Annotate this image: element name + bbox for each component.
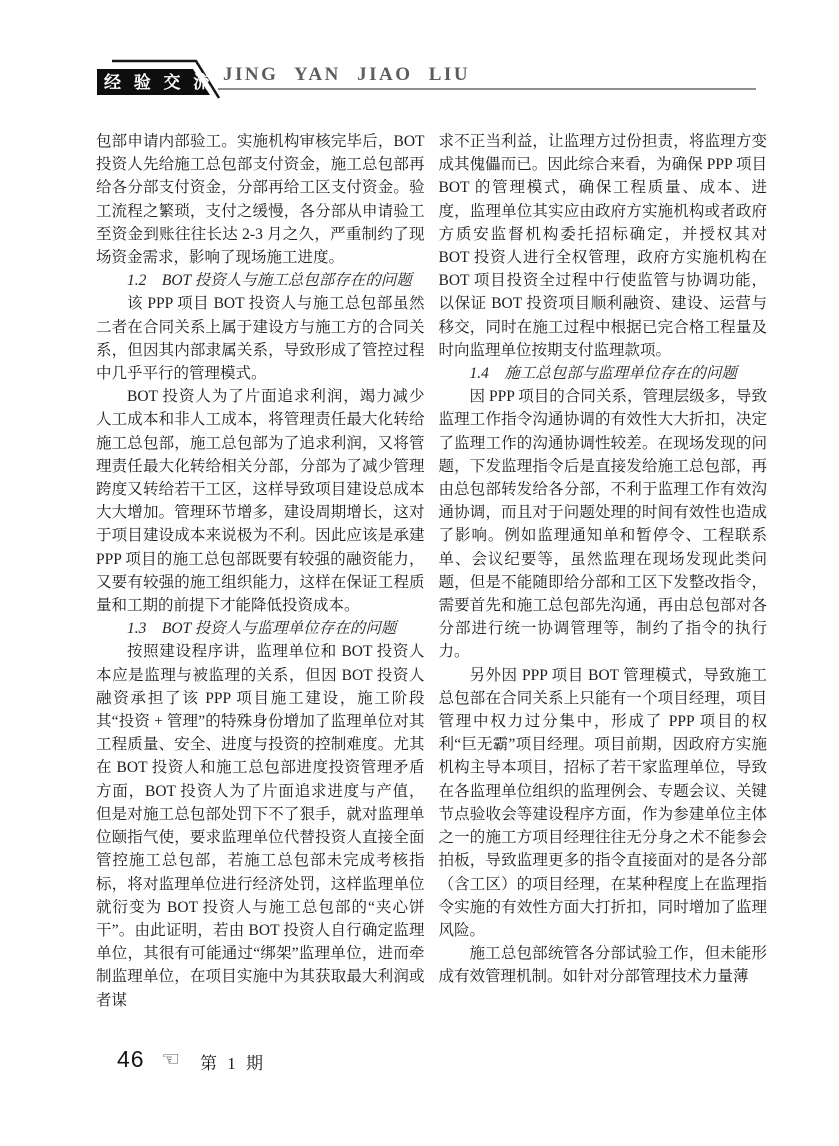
- issue-label: 第 1 期: [200, 1049, 266, 1074]
- pinyin-title: JING YAN JIAO LIU: [223, 64, 470, 86]
- paragraph: 包部申请内部验工。实施机构审核完毕后，BOT 投资人先给施工总包部支付资金，施工…: [96, 130, 425, 269]
- section-heading: 1.4 施工总包部与监理单位存在的问题: [439, 362, 768, 385]
- paragraph: 因 PPP 项目的合同关系，管理层级多，导致监理工作指令沟通协调的有效性大大折扣…: [439, 385, 768, 663]
- section-heading: 1.3 BOT 投资人与监理单位存在的问题: [96, 617, 425, 640]
- pointing-hand-icon: ☜: [161, 1047, 180, 1071]
- right-column: 求不正当利益，让监理方过份担责，将监理方变成其傀儡而已。因此综合来看，为确保 P…: [439, 130, 768, 1042]
- paragraph: 求不正当利益，让监理方过份担责，将监理方变成其傀儡而已。因此综合来看，为确保 P…: [439, 130, 768, 362]
- journal-page: 经 验 交 流 JING YAN JIAO LIU 包部申请内部验工。实施机构审…: [0, 0, 839, 1146]
- page-number: 46: [117, 1046, 145, 1073]
- paragraph: 按照建设程序讲，监理单位和 BOT 投资人本应是监理与被监理的关系，但因 BOT…: [96, 640, 425, 1011]
- banner-title: 经 验 交 流: [104, 72, 214, 92]
- paragraph: 施工总包部统管各分部试验工作，但未能形成有效管理机制。如针对分部管理技术力量薄: [439, 942, 768, 988]
- paragraph: 另外因 PPP 项目 BOT 管理模式，导致施工总包部在合同关系上只能有一个项目…: [439, 664, 768, 942]
- article-body: 包部申请内部验工。实施机构审核完毕后，BOT 投资人先给施工总包部支付资金，施工…: [96, 130, 767, 1042]
- header-rule: [218, 88, 756, 90]
- section-banner: 经 验 交 流: [96, 54, 226, 100]
- paragraph: 该 PPP 项目 BOT 投资人与施工总包部虽然二者在合同关系上属于建设方与施工…: [96, 292, 425, 385]
- page-footer: 46 ☜ 第 1 期: [0, 1040, 839, 1080]
- paragraph: BOT 投资人为了片面追求利润，竭力减少人工成本和非人工成本，将管理责任最大化转…: [96, 385, 425, 617]
- section-heading: 1.2 BOT 投资人与施工总包部存在的问题: [96, 269, 425, 292]
- left-column: 包部申请内部验工。实施机构审核完毕后，BOT 投资人先给施工总包部支付资金，施工…: [96, 130, 425, 1042]
